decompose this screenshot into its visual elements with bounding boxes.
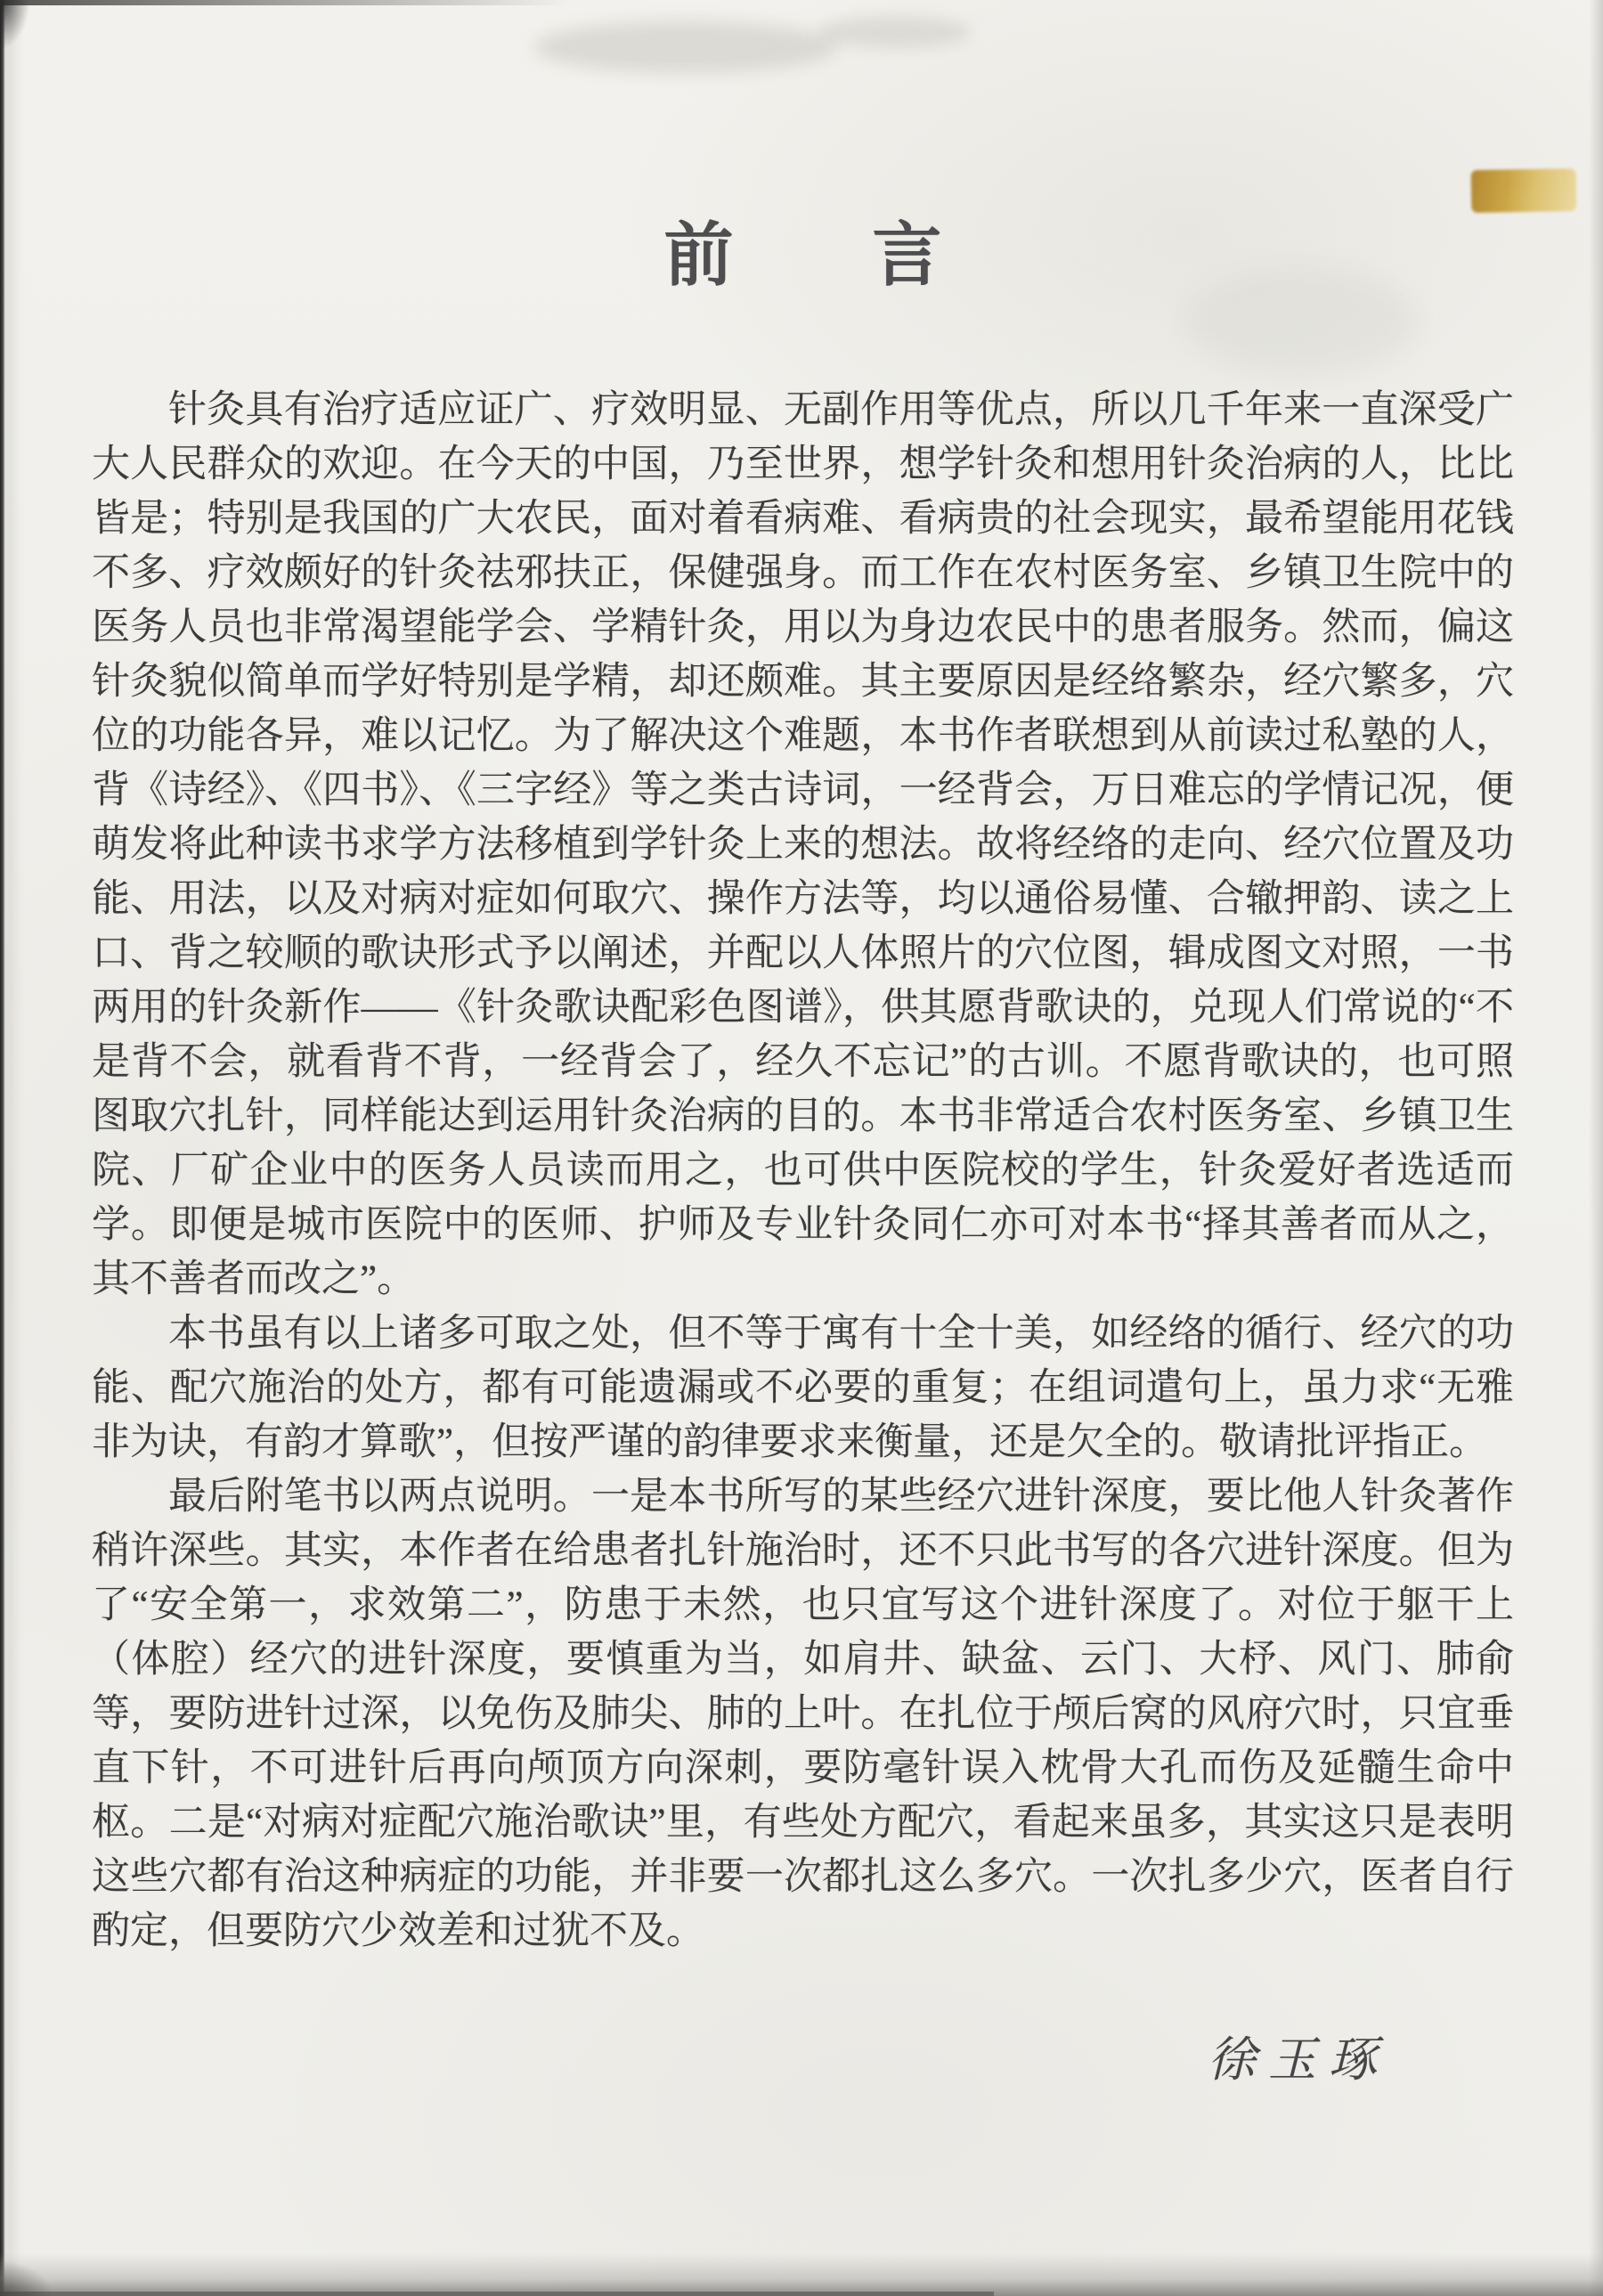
scan-bottom-edge-line xyxy=(0,2292,994,2296)
preface-paragraph-3: 最后附笔书以两点说明。一是本书所写的某些经穴进针深度，要比他人针灸著作稍许深些。… xyxy=(92,1470,1514,1958)
preface-paragraph-1: 针灸具有治疗适应证广、疗效明显、无副作用等优点，所以几千年来一直深受广大人民群众… xyxy=(92,383,1514,1307)
page-content: 前 言 针灸具有治疗适应证广、疗效明显、无副作用等优点，所以几千年来一直深受广大… xyxy=(92,0,1514,2087)
author-signature: 徐玉琢 xyxy=(92,2033,1514,2087)
preface-body: 针灸具有治疗适应证广、疗效明显、无副作用等优点，所以几千年来一直深受广大人民群众… xyxy=(92,383,1514,1958)
scan-bottom-shadow-band xyxy=(0,2253,1603,2296)
scan-top-left-corner-mark xyxy=(0,0,30,50)
scan-bottom-left-corner-mark xyxy=(0,2260,53,2296)
scan-left-edge-shadow xyxy=(0,0,5,2296)
scanned-preface-page: 前 言 针灸具有治疗适应证广、疗效明显、无副作用等优点，所以几千年来一直深受广大… xyxy=(0,0,1603,2296)
page-title: 前 言 xyxy=(92,221,1514,290)
preface-paragraph-2: 本书虽有以上诸多可取之处，但不等于寓有十全十美，如经络的循行、经穴的功能、配穴施… xyxy=(92,1307,1514,1470)
scan-right-edge-shadow xyxy=(1589,0,1603,2296)
